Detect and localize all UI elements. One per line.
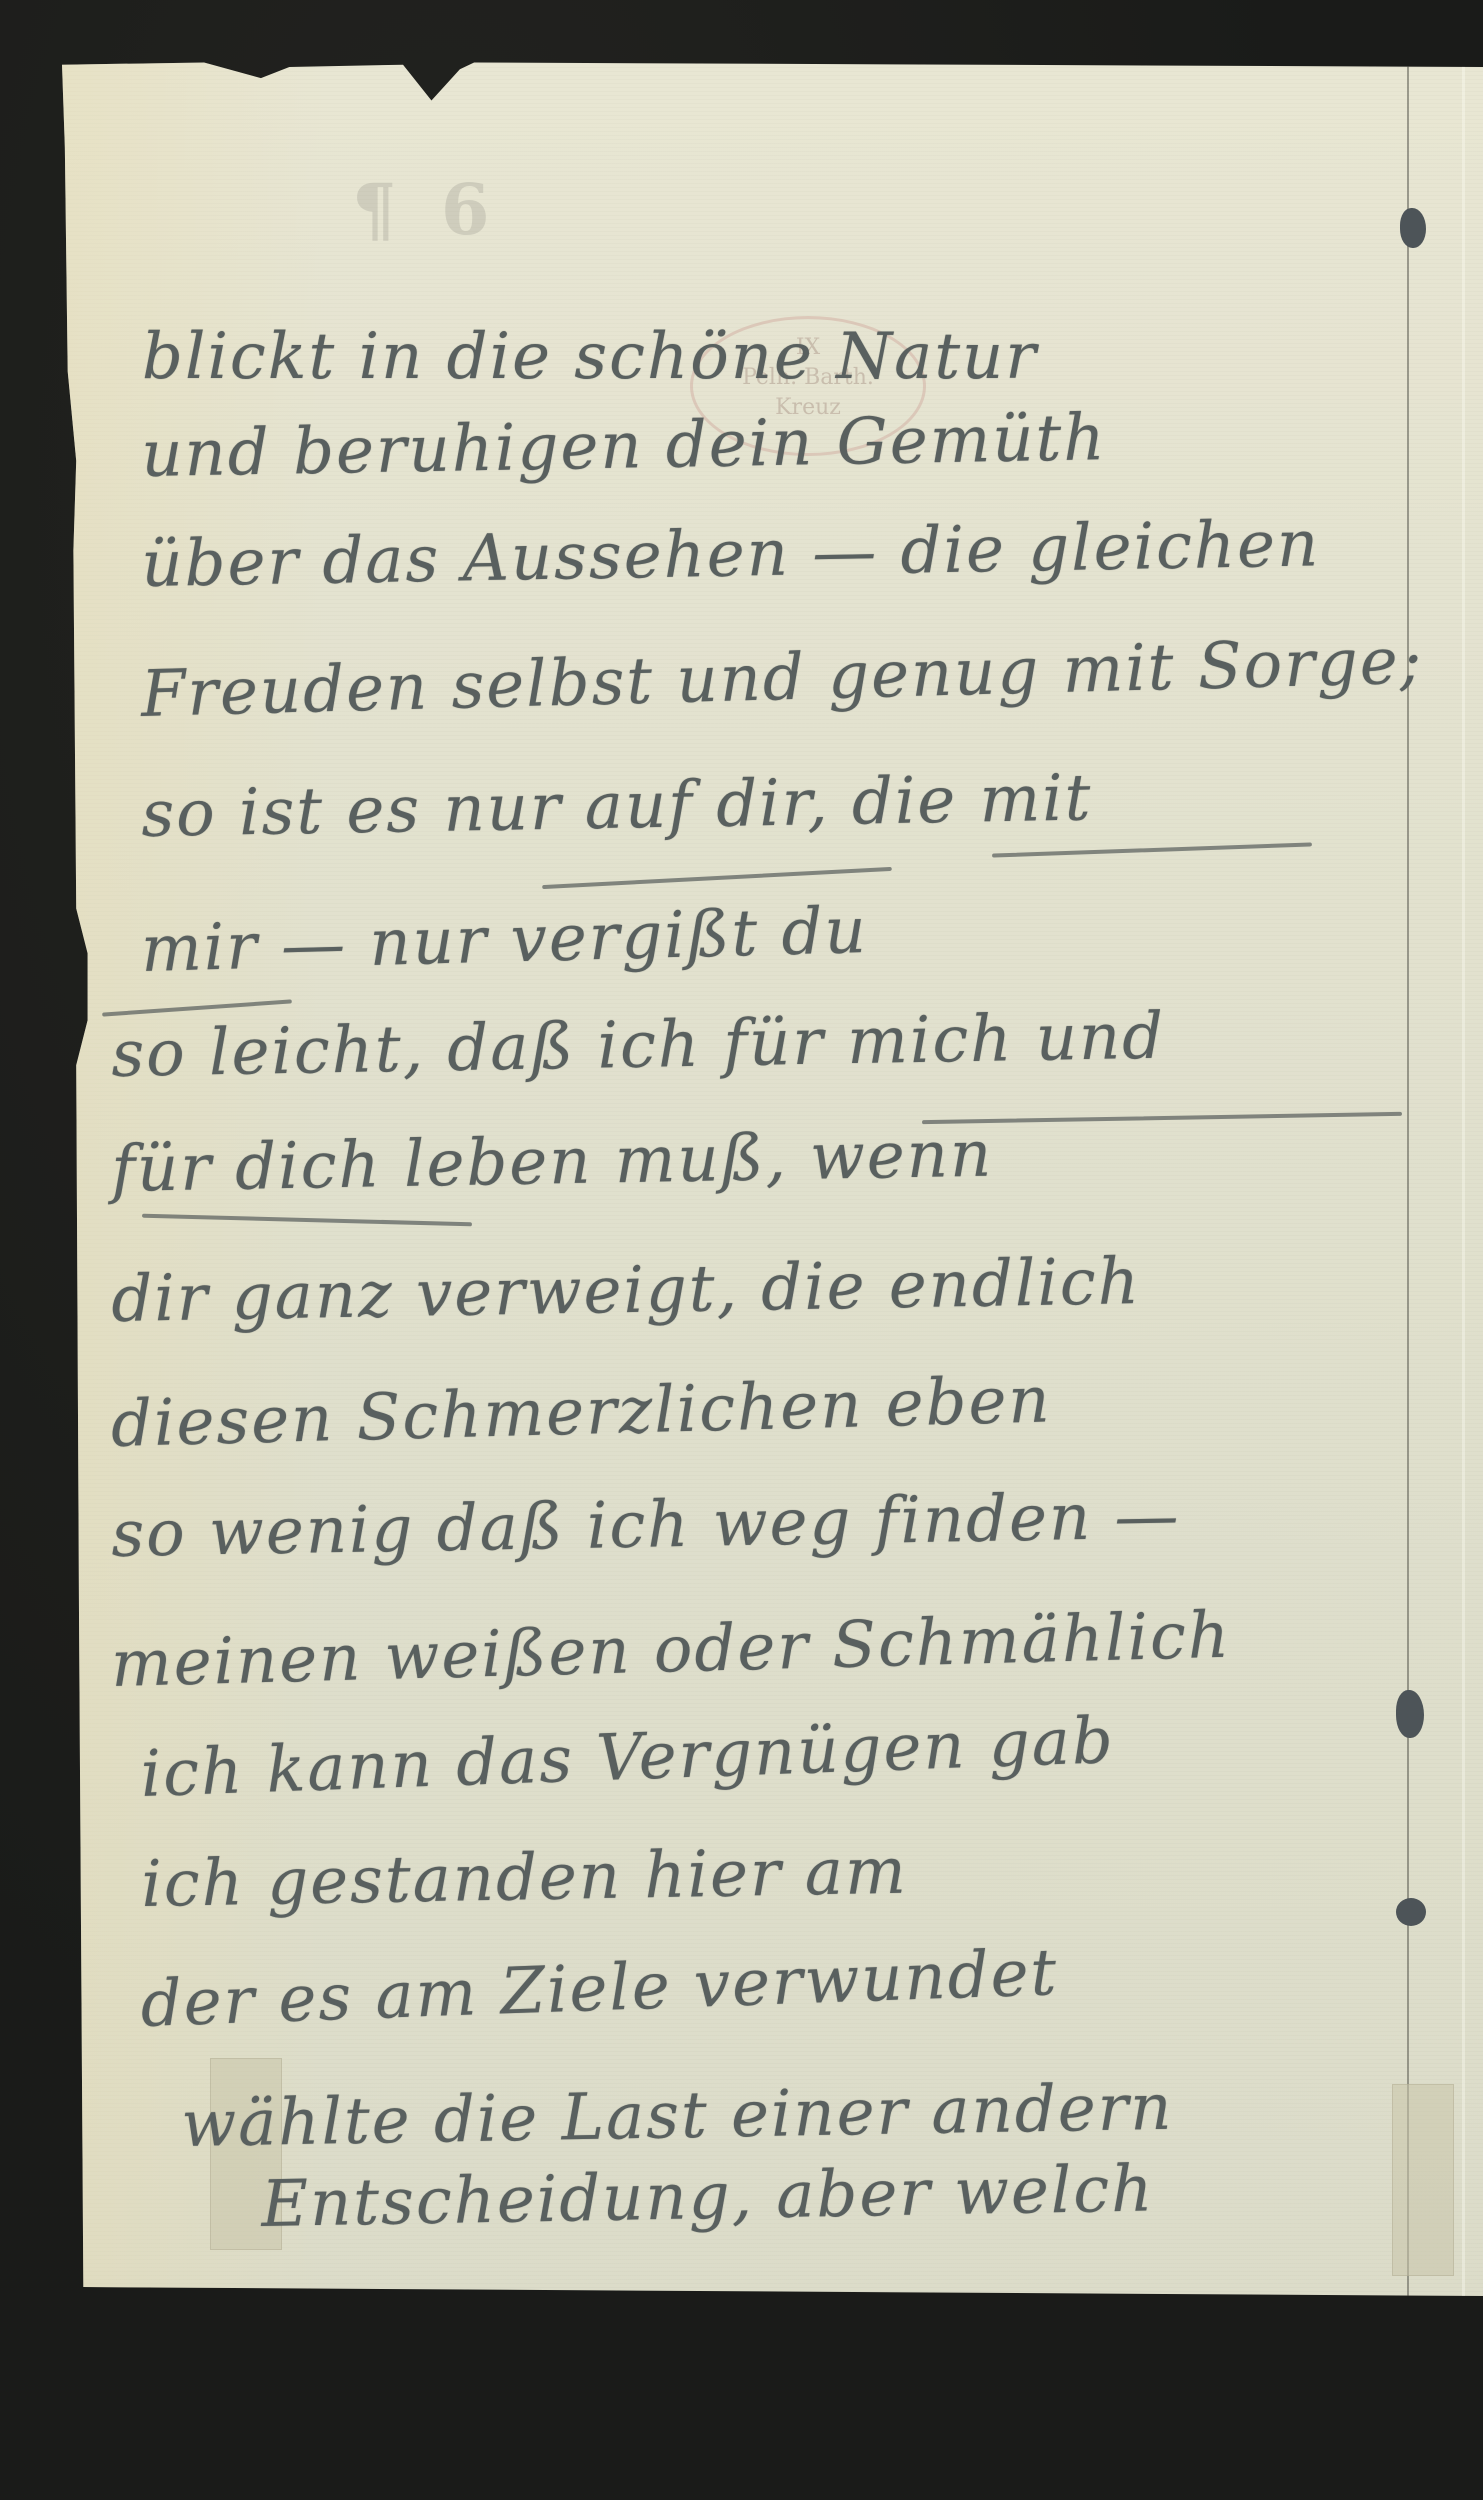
handwriting-line: ich gestanden hier am (141, 1835, 909, 1922)
mounting-tape (1392, 2084, 1454, 2276)
letter-page: ¶ 6 IX Pelh. Barth. Kreuz blickt in die … (62, 58, 1483, 2296)
handwriting-line: diesen Schmerzlichen eben (110, 1363, 1052, 1462)
underline (922, 1112, 1402, 1124)
handwriting-line: ich kann das Vergnügen gab (139, 1704, 1116, 1812)
ink-spot (1396, 1690, 1424, 1738)
handwriting-line: der es am Ziele verwundet (139, 1936, 1059, 2042)
ink-spot (1396, 1898, 1426, 1926)
handwriting-line: wählte die Last einer andern (181, 2071, 1174, 2162)
underline (992, 842, 1312, 857)
handwriting-line: über das Aussehen — die gleichen (141, 507, 1321, 602)
handwriting-line: und beruhigen dein Gemüth (141, 401, 1107, 492)
underline (102, 999, 292, 1016)
handwriting-line: so ist es nur auf dir, die mit (141, 761, 1093, 852)
handwriting-line: Freuden selbst und genug mit Sorge; (140, 624, 1424, 732)
underline (142, 1214, 472, 1227)
handwriting-line: so wenig daß ich weg finden — (111, 1479, 1181, 1572)
handwriting-line: blickt in die schöne Natur (142, 320, 1038, 394)
handwriting-line: meinen weißen oder Schmählich (110, 1599, 1232, 1702)
handwriting-line: dir ganz verweigt, die endlich (111, 1245, 1142, 1337)
handwriting-line: so leicht, daß ich für mich und (111, 1000, 1166, 1092)
fold-line (1407, 58, 1409, 2296)
show-through-mark: ¶ 6 (352, 168, 500, 251)
handwriting-line: für dich leben muß, wenn (111, 1118, 994, 1207)
paper-crease (1462, 58, 1465, 2296)
handwriting-line: Entscheidung, aber welch (261, 2152, 1155, 2242)
underline (542, 867, 892, 889)
ink-spot (1400, 208, 1426, 248)
handwriting-line: mir — nur vergißt du (140, 894, 869, 987)
